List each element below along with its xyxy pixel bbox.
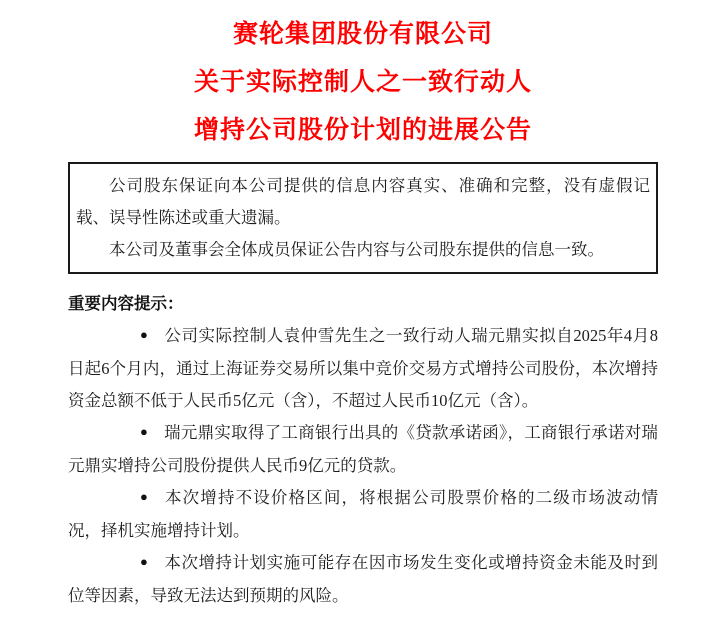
title-line-1: 赛轮集团股份有限公司 <box>68 10 658 58</box>
bullet-icon: ● <box>104 481 148 513</box>
bullet-item-1: ●公司实际控制人袁仲雪先生之一致行动人瑞元鼎实拟自2025年4月8日起6个月内，… <box>68 320 658 417</box>
bullet-text-4: 本次增持计划实施可能存在因市场发生变化或增持资金未能及时到位等因素，导致无法达到… <box>68 553 658 605</box>
bullet-text-2: 瑞元鼎实取得了工商银行出具的《贷款承诺函》，工商银行承诺对瑞元鼎实增持公司股份提… <box>68 423 658 475</box>
statement-paragraph-2: 本公司及董事会全体成员保证公告内容与公司股东提供的信息一致。 <box>76 234 650 266</box>
bullet-icon: ● <box>104 546 148 578</box>
important-heading: 重要内容提示： <box>68 288 658 320</box>
statement-box: 公司股东保证向本公司提供的信息内容真实、准确和完整，没有虚假记载、误导性陈述或重… <box>68 162 658 274</box>
statement-paragraph-1: 公司股东保证向本公司提供的信息内容真实、准确和完整，没有虚假记载、误导性陈述或重… <box>76 170 650 234</box>
bullet-text-1: 公司实际控制人袁仲雪先生之一致行动人瑞元鼎实拟自2025年4月8日起6个月内，通… <box>68 326 658 410</box>
bullet-item-2: ●瑞元鼎实取得了工商银行出具的《贷款承诺函》，工商银行承诺对瑞元鼎实增持公司股份… <box>68 417 658 482</box>
document-title: 赛轮集团股份有限公司 关于实际控制人之一致行动人 增持公司股份计划的进展公告 <box>68 10 658 154</box>
bullet-icon: ● <box>104 416 148 448</box>
bullet-text-3: 本次增持不设价格区间，将根据公司股票价格的二级市场波动情况，择机实施增持计划。 <box>68 488 658 540</box>
bullet-list: ●公司实际控制人袁仲雪先生之一致行动人瑞元鼎实拟自2025年4月8日起6个月内，… <box>68 320 658 612</box>
bullet-icon: ● <box>104 319 148 351</box>
announcement-document: 赛轮集团股份有限公司 关于实际控制人之一致行动人 增持公司股份计划的进展公告 公… <box>0 0 726 619</box>
bullet-item-4: ●本次增持计划实施可能存在因市场发生变化或增持资金未能及时到位等因素，导致无法达… <box>68 547 658 612</box>
title-line-3: 增持公司股份计划的进展公告 <box>68 106 658 154</box>
title-line-2: 关于实际控制人之一致行动人 <box>68 58 658 106</box>
bullet-item-3: ●本次增持不设价格区间，将根据公司股票价格的二级市场波动情况，择机实施增持计划。 <box>68 482 658 547</box>
